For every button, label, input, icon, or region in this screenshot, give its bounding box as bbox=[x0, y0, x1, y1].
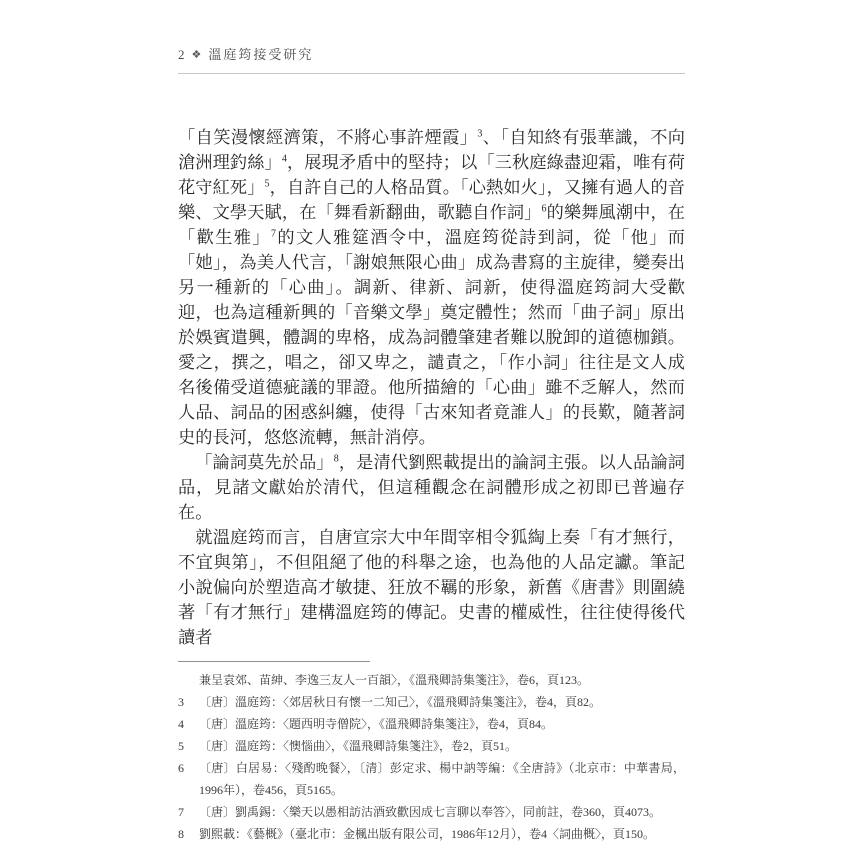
footnote-item: 6〔唐〕白居易：〈殘酌晚餐〉，〔清〕彭定求、楊中訥等編：《全唐詩》（北京市：中華… bbox=[178, 757, 685, 801]
page-number: 2 bbox=[178, 47, 185, 63]
body-text: 「自笑漫懷經濟策，不將心事許煙霞」3、「自知終有張華識，不向滄洲理釣絲」4，展現… bbox=[178, 125, 685, 650]
body-paragraph: 就溫庭筠而言，自唐宣宗大中年間宰相令狐綯上奏「有才無行，不宜與第」，不但阻絕了他… bbox=[178, 525, 685, 650]
footnote-text: 〔唐〕白居易：〈殘酌晚餐〉，〔清〕彭定求、楊中訥等編：《全唐詩》（北京市：中華書… bbox=[199, 757, 685, 801]
footnote-text: 〔唐〕溫庭筠：〈懊惱曲〉，《溫飛卿詩集箋注》，卷2，頁51。 bbox=[199, 735, 685, 757]
footnotes: 兼呈袁郊、苗紳、李逸三友人一百韻〉，《溫飛卿詩集箋注》，卷6，頁123。3〔唐〕… bbox=[178, 669, 685, 845]
footnote-number: 8 bbox=[178, 823, 199, 845]
footnote-number: 7 bbox=[178, 801, 199, 823]
footnote-number: 6 bbox=[178, 757, 199, 801]
footnote-text: 〔唐〕劉禹錫：〈樂天以愚相訪沽酒致歡因成七言聊以奉答〉，同前註，卷360，頁40… bbox=[199, 801, 685, 823]
footnote-number: 5 bbox=[178, 735, 199, 757]
body-text-run: 「自笑漫懷經濟策，不將心事許煙霞」 bbox=[178, 128, 477, 147]
footnote-number: 4 bbox=[178, 713, 199, 735]
body-text-run: 「論詞莫先於品」 bbox=[195, 453, 334, 472]
footnote-item: 5〔唐〕溫庭筠：〈懊惱曲〉，《溫飛卿詩集箋注》，卷2，頁51。 bbox=[178, 735, 685, 757]
footnote-item: 8劉熙載：《藝概》（臺北市：金楓出版有限公司，1986年12月），卷4〈詞曲概〉… bbox=[178, 823, 685, 845]
body-paragraph: 「論詞莫先於品」8，是清代劉熙載提出的論詞主張。以人品論詞品，見諸文獻始於清代，… bbox=[178, 450, 685, 525]
footnote-number: 3 bbox=[178, 691, 199, 713]
footnote-text: 劉熙載：《藝概》（臺北市：金楓出版有限公司，1986年12月），卷4〈詞曲概〉，… bbox=[199, 823, 685, 845]
footnote-text: 兼呈袁郊、苗紳、李逸三友人一百韻〉，《溫飛卿詩集箋注》，卷6，頁123。 bbox=[199, 669, 685, 691]
footnote-separator bbox=[178, 661, 370, 662]
footnote-item: 7〔唐〕劉禹錫：〈樂天以愚相訪沽酒致歡因成七言聊以奉答〉，同前註，卷360，頁4… bbox=[178, 801, 685, 823]
body-paragraph: 「自笑漫懷經濟策，不將心事許煙霞」3、「自知終有張華識，不向滄洲理釣絲」4，展現… bbox=[178, 125, 685, 450]
page-content: 2 ❖ 溫庭筠接受研究 「自笑漫懷經濟策，不將心事許煙霞」3、「自知終有張華識，… bbox=[178, 44, 685, 845]
footnote-number bbox=[178, 669, 199, 691]
body-text-run: 就溫庭筠而言，自唐宣宗大中年間宰相令狐綯上奏「有才無行，不宜與第」，不但阻絕了他… bbox=[178, 528, 685, 647]
footnote-item: 3〔唐〕溫庭筠：〈郊居秋日有懷一二知己〉，《溫飛卿詩集箋注》，卷4，頁82。 bbox=[178, 691, 685, 713]
footnote-text: 〔唐〕溫庭筠：〈題西明寺僧院〉，《溫飛卿詩集箋注》，卷4，頁84。 bbox=[199, 713, 685, 735]
running-header: 2 ❖ 溫庭筠接受研究 bbox=[178, 44, 685, 74]
footnote-text: 〔唐〕溫庭筠：〈郊居秋日有懷一二知己〉，《溫飛卿詩集箋注》，卷4，頁82。 bbox=[199, 691, 685, 713]
ornament-icon: ❖ bbox=[192, 48, 202, 61]
footnote-item: 兼呈袁郊、苗紳、李逸三友人一百韻〉，《溫飛卿詩集箋注》，卷6，頁123。 bbox=[178, 669, 685, 691]
book-page: 2 ❖ 溫庭筠接受研究 「自笑漫懷經濟策，不將心事許煙霞」3、「自知終有張華識，… bbox=[0, 0, 850, 850]
footnote-item: 4〔唐〕溫庭筠：〈題西明寺僧院〉，《溫飛卿詩集箋注》，卷4，頁84。 bbox=[178, 713, 685, 735]
book-title: 溫庭筠接受研究 bbox=[208, 44, 313, 63]
body-text-run: 的文人雅筵酒令中，溫庭筠從詩到詞，從「他」而「她」，為美人代言，「謝娘無限心曲」… bbox=[178, 228, 685, 447]
